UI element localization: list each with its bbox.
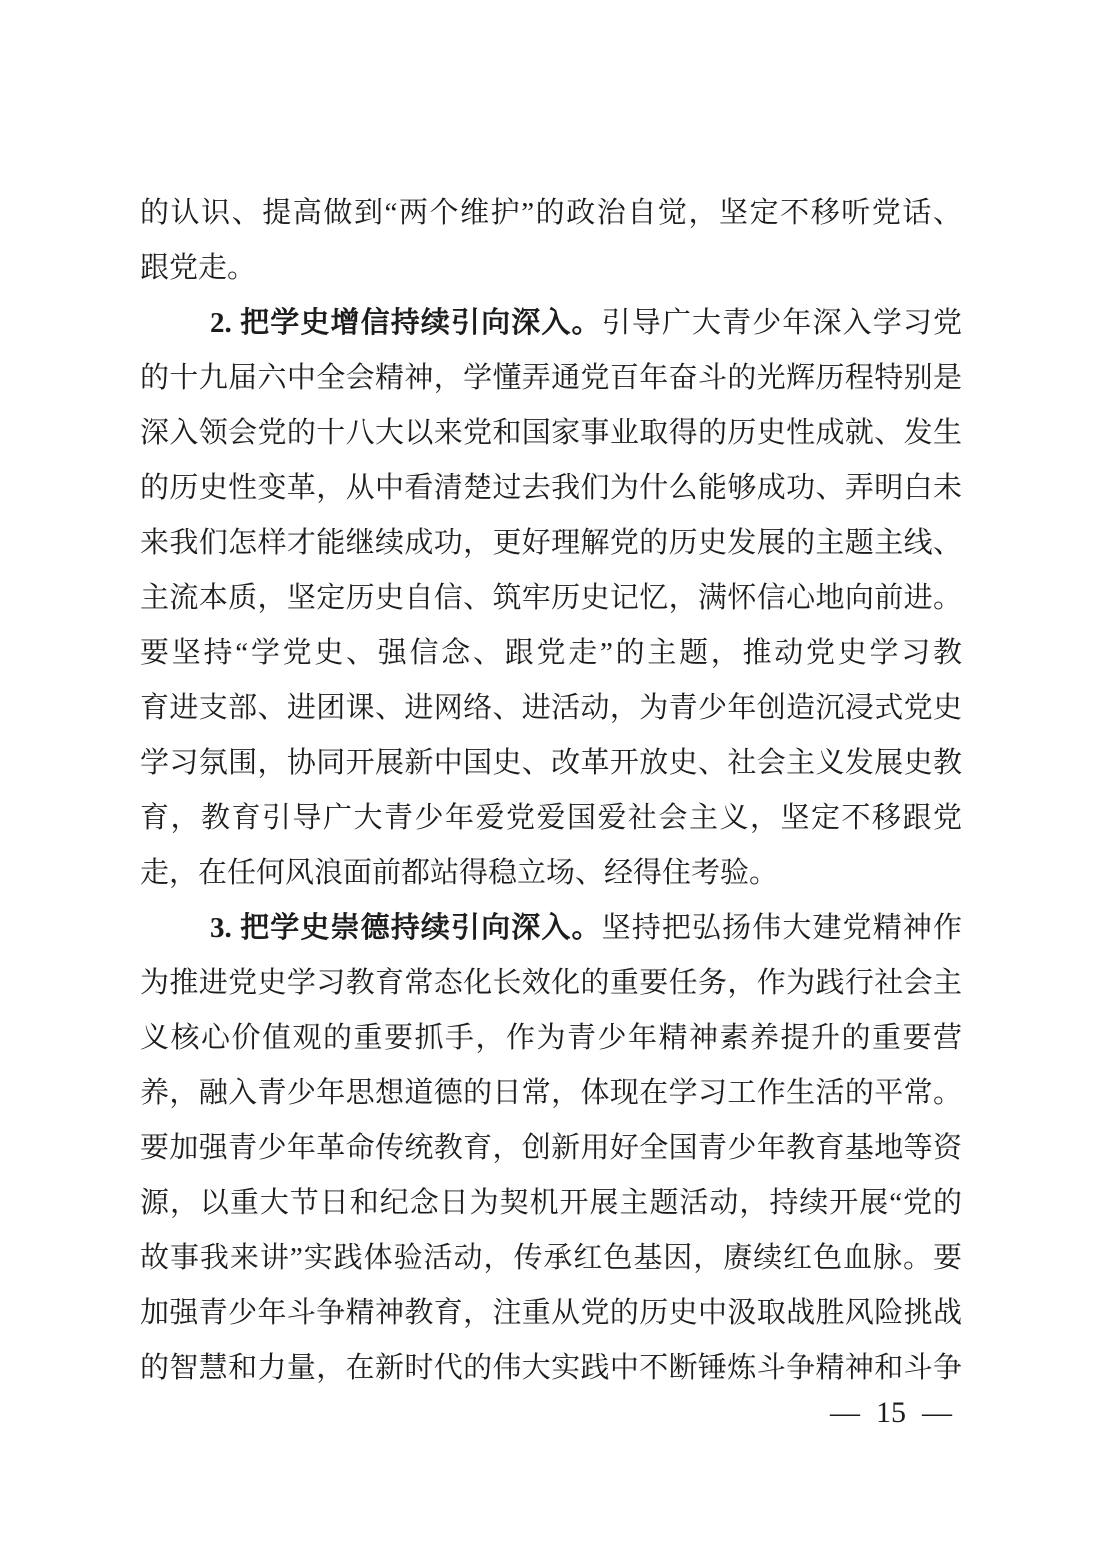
paragraph-text: 源，以重大节日和纪念日为契机开展主题活动，持续开展“党的: [140, 1187, 962, 1219]
paragraph-text: 主流本质，坚定历史自信、筑牢历史记忆，满怀信心地向前进。: [140, 582, 962, 614]
paragraph-text: 义核心价值观的重要抓手，作为青少年精神素养提升的重要营: [140, 1022, 962, 1054]
text-line: 的十九届六中全会精神，学懂弄通党百年奋斗的光辉历程特别是: [140, 351, 962, 406]
paragraph-heading: 3. 把学史崇德持续引向深入。: [210, 912, 602, 944]
paragraph-text: 来我们怎样才能继续成功，更好理解党的历史发展的主题主线、: [140, 527, 962, 559]
text-line: 走，在任何风浪面前都站得稳立场、经得住考验。: [140, 846, 962, 901]
paragraph-text: 加强青少年斗争精神教育，注重从党的历史中汲取战胜风险挑战: [140, 1297, 962, 1329]
text-line: 跟党走。: [140, 241, 962, 296]
text-line: 2. 把学史增信持续引向深入。引导广大青少年深入学习党: [140, 296, 962, 351]
paragraph-heading: 2. 把学史增信持续引向深入。: [210, 307, 602, 339]
paragraph-text: 的十九届六中全会精神，学懂弄通党百年奋斗的光辉历程特别是: [140, 362, 962, 394]
page-number: 15: [876, 1396, 906, 1429]
text-line: 故事我来讲”实践体验活动，传承红色基因，赓续红色血脉。要: [140, 1231, 962, 1286]
paragraph-text: 为推进党史学习教育常态化长效化的重要任务，作为践行社会主: [140, 967, 962, 999]
text-line: 要加强青少年革命传统教育，创新用好全国青少年教育基地等资: [140, 1121, 962, 1176]
paragraph-text: 要加强青少年革命传统教育，创新用好全国青少年教育基地等资: [140, 1132, 962, 1164]
text-line: 要坚持“学党史、强信念、跟党走”的主题，推动党史学习教: [140, 626, 962, 681]
paragraph-text: 的认识、提高做到“两个维护”的政治自觉，坚定不移听党话、: [140, 197, 962, 229]
footer-left-dash: —: [830, 1396, 860, 1429]
document-body: 的认识、提高做到“两个维护”的政治自觉，坚定不移听党话、跟党走。2. 把学史增信…: [140, 186, 962, 1396]
text-line: 源，以重大节日和纪念日为契机开展主题活动，持续开展“党的: [140, 1176, 962, 1231]
paragraph-text: 学习氛围，协同开展新中国史、改革开放史、社会主义发展史教: [140, 747, 962, 779]
text-line: 3. 把学史崇德持续引向深入。坚持把弘扬伟大建党精神作: [140, 901, 962, 956]
text-line: 主流本质，坚定历史自信、筑牢历史记忆，满怀信心地向前进。: [140, 571, 962, 626]
text-line: 育，教育引导广大青少年爱党爱国爱社会主义，坚定不移跟党: [140, 791, 962, 846]
text-line: 加强青少年斗争精神教育，注重从党的历史中汲取战胜风险挑战: [140, 1286, 962, 1341]
text-line: 为推进党史学习教育常态化长效化的重要任务，作为践行社会主: [140, 956, 962, 1011]
paragraph-text: 跟党走。: [140, 252, 256, 284]
text-line: 学习氛围，协同开展新中国史、改革开放史、社会主义发展史教: [140, 736, 962, 791]
paragraph-text: 的历史性变革，从中看清楚过去我们为什么能够成功、弄明白未: [140, 472, 962, 504]
footer-right-dash: —: [922, 1396, 952, 1429]
paragraph-text: 故事我来讲”实践体验活动，传承红色基因，赓续红色血脉。要: [140, 1242, 962, 1274]
paragraph-text: 养，融入青少年思想道德的日常，体现在学习工作生活的平常。: [140, 1077, 962, 1109]
paragraph-text: 深入领会党的十八大以来党和国家事业取得的历史性成就、发生: [140, 417, 962, 449]
text-line: 的认识、提高做到“两个维护”的政治自觉，坚定不移听党话、: [140, 186, 962, 241]
paragraph-text: 的智慧和力量，在新时代的伟大实践中不断锤炼斗争精神和斗争: [140, 1352, 962, 1384]
paragraph-text: 走，在任何风浪面前都站得稳立场、经得住考验。: [140, 857, 778, 889]
page-footer: —15—: [830, 1392, 952, 1434]
paragraph-text: 育，教育引导广大青少年爱党爱国爱社会主义，坚定不移跟党: [140, 802, 962, 834]
paragraph-text: 引导广大青少年深入学习党: [602, 307, 962, 339]
document-page: 的认识、提高做到“两个维护”的政治自觉，坚定不移听党话、跟党走。2. 把学史增信…: [0, 0, 1102, 1559]
text-line: 的历史性变革，从中看清楚过去我们为什么能够成功、弄明白未: [140, 461, 962, 516]
text-line: 深入领会党的十八大以来党和国家事业取得的历史性成就、发生: [140, 406, 962, 461]
text-line: 来我们怎样才能继续成功，更好理解党的历史发展的主题主线、: [140, 516, 962, 571]
text-line: 养，融入青少年思想道德的日常，体现在学习工作生活的平常。: [140, 1066, 962, 1121]
paragraph-text: 要坚持“学党史、强信念、跟党走”的主题，推动党史学习教: [140, 637, 962, 669]
text-line: 的智慧和力量，在新时代的伟大实践中不断锤炼斗争精神和斗争: [140, 1341, 962, 1396]
paragraph-text: 育进支部、进团课、进网络、进活动，为青少年创造沉浸式党史: [140, 692, 962, 724]
text-line: 义核心价值观的重要抓手，作为青少年精神素养提升的重要营: [140, 1011, 962, 1066]
paragraph-text: 坚持把弘扬伟大建党精神作: [602, 912, 962, 944]
text-line: 育进支部、进团课、进网络、进活动，为青少年创造沉浸式党史: [140, 681, 962, 736]
